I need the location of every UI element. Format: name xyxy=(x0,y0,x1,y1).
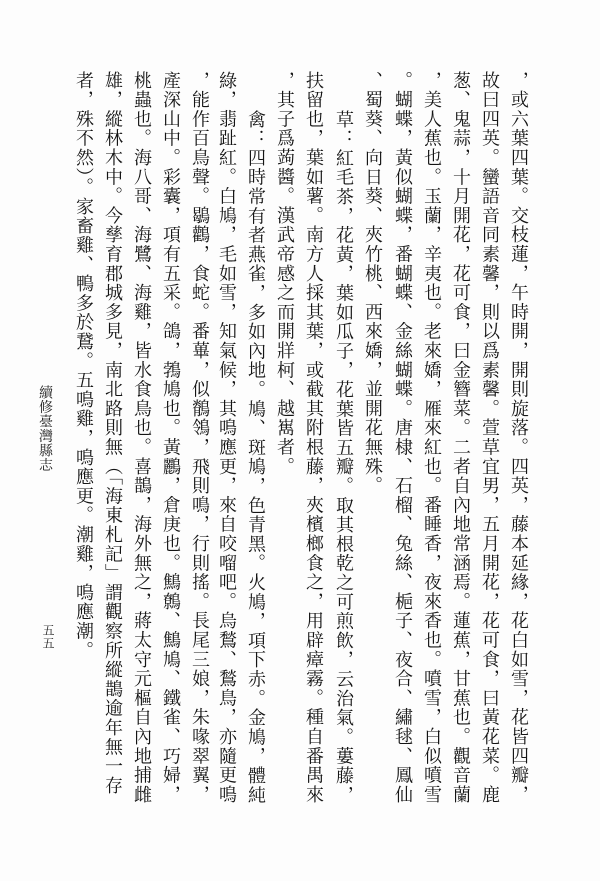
scanned-page: ，或六葉四葉。交枝蓮，午時開，開則旋落。四英，藤本延緣，花白如雪，花皆四瓣， 故… xyxy=(0,0,600,881)
running-head-book-title: 續修臺灣縣志 xyxy=(38,385,52,472)
text-column-16: 者，殊不然）。家畜雞、鴨多於鵞。五鳴雞，鳴應更。潮雞，鳴應潮。 xyxy=(74,71,92,660)
text-column-11: 綠，翡趾紅。白鳩，毛如雪，知氣候，其鳴應更，來自咬𠺕吧。烏鶖、鶖鳥，亦隨更鳴 xyxy=(217,71,235,804)
section-heading-birds-column: 禽：四時常有者燕雀，多如內地。鳩、斑鳩，色青黑。火鳩，項下赤。金鳩，體純 xyxy=(246,110,264,805)
text-column-9: ，其子爲蒟醬。漢武帝感之而開牂柯、越嶲者。 xyxy=(275,71,293,476)
text-column-13: 產深山中。彩囊，項有五采。鴿，鵓鳩也。黃鸝，倉庚也。鷦鷯、鷦鳩、鐵雀、巧婦， xyxy=(161,71,179,804)
page-number: 五五 xyxy=(42,624,54,650)
text-column-2: 故曰四英。蠻語音同素馨，則以爲素馨。萱草宜男，五月開花，花可食，曰黃花菜。鹿 xyxy=(480,71,498,804)
text-column-8: 扶留也，葉如薯。南方人採其葉，或截其附根藤，夾檳榔食之，用辟瘴霧。種自番禺來 xyxy=(304,71,322,804)
text-column-6: 、蜀葵、向日葵、夾竹桃、西來嬌，並開花無殊。 xyxy=(363,71,381,496)
section-heading-plants-column: 草：紅毛茶，花黃，葉如瓜子，花葉皆五瓣。取其根乾之可煎飲，云治氣。蔞藤， xyxy=(334,110,352,805)
text-column-15: 雄，縱林木中。今孳育郡城多見，南北路則無（「海東札記」謂觀察所縱鵲逾年無一存 xyxy=(103,71,121,795)
text-column-1: ，或六葉四葉。交枝蓮，午時開，開則旋落。四英，藤本延緣，花白如雪，花皆四瓣， xyxy=(509,71,527,804)
text-column-3: 葱、鬼蒜，十月開花，花可食，曰金簪菜。二者自內地常涵焉。蓮蕉，甘蕉也。觀音蘭 xyxy=(451,71,469,804)
text-column-4: ，美人蕉也。玉蘭，辛夷也。老來嬌，雁來紅也。番睡香，夜來香也。噴雪，白似噴雪 xyxy=(422,71,440,804)
text-column-12: ，能作百鳥聲。鶡鸛，食蛇。番蓽，似鶺鴒，飛則鳴，行則搖。長尾三娘，朱喙翠翼， xyxy=(190,71,208,804)
text-column-5: 。蝴蝶，黃似蝴蝶，番蝴蝶、金絲蝴蝶。唐棣、石榴、兔絲、梔子、夜合、繡毬、鳳仙 xyxy=(393,71,411,804)
text-column-14: 桃蟲也。海八哥、海鷺、海雞，皆水食鳥也。喜鵲，海外無之，蔣太守元樞自內地捕雌 xyxy=(132,71,150,804)
